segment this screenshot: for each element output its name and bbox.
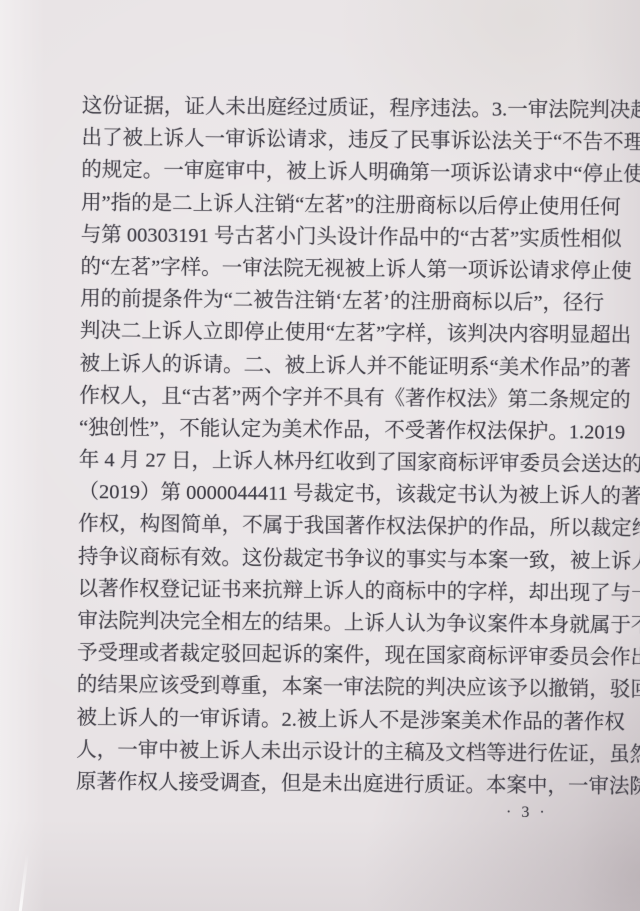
text-line: 予受理或者裁定驳回起诉的案件，现在国家商标评审委员会作出	[77, 637, 575, 674]
text-line: 原著作权人接受调查，但是未出庭进行质证。本案中，一审法院	[76, 766, 574, 803]
text-line: 的“左茗”字样。一审法院无视被上诉人第一项诉讼请求停止使	[80, 251, 578, 288]
text-line: 这份证据，证人未出庭经过质证，程序违法。3.一审法院判决超	[82, 90, 580, 127]
text-line: 的结果应该受到尊重，本案一审法院的判决应该予以撤销，驳回	[77, 669, 575, 706]
page-number: · 3 ·	[506, 804, 548, 822]
text-line: 年 4 月 27 日，上诉人林丹红收到了国家商标评审委员会送达的	[79, 444, 577, 481]
document-body: 这份证据，证人未出庭经过质证，程序违法。3.一审法院判决超出了被上诉人一审诉讼请…	[76, 90, 580, 802]
text-line: 用的前提条件为“二被告注销‘左茗’的注册商标以后”，径行	[80, 283, 578, 320]
text-line: 用”指的是二上诉人注销“左茗”的注册商标以后停止使用任何	[81, 187, 579, 224]
text-line: 持争议商标有效。这份裁定书争议的事实与本案一致，被上诉人	[78, 541, 576, 578]
document-page: 这份证据，证人未出庭经过质证，程序违法。3.一审法院判决超出了被上诉人一审诉讼请…	[0, 0, 640, 911]
text-line: 判决二上诉人立即停止使用“左茗”字样，该判决内容明显超出	[80, 315, 578, 352]
text-line: 审法院判决完全相左的结果。上诉人认为争议案件本身就属于不	[77, 605, 575, 642]
text-line: 被上诉人的一审诉请。2.被上诉人不是涉案美术作品的著作权	[76, 702, 574, 739]
text-line: （2019）第 0000044411 号裁定书，该裁定书认为被上诉人的著	[78, 476, 576, 513]
text-line: 的规定。一审庭审中，被上诉人明确第一项诉讼请求中“停止使	[81, 154, 579, 191]
paper-edge	[18, 853, 29, 911]
text-line: 作权人，且“古茗”两个字并不具有《著作权法》第二条规定的	[79, 380, 577, 417]
text-line: “独创性”，不能认定为美术作品，不受著作权法保护。1.2019	[79, 412, 577, 449]
text-line: 被上诉人的诉请。二、被上诉人并不能证明系“美术作品”的著	[79, 347, 577, 384]
text-line: 与第 00303191 号古茗小门头设计作品中的“古茗”实质性相似	[81, 219, 579, 256]
text-line: 作权，构图简单，不属于我国著作权法保护的作品，所以裁定维	[78, 508, 576, 545]
text-line: 以著作权登记证书来抗辩上诉人的商标中的字样，却出现了与一	[78, 573, 576, 610]
text-line: 人，一审中被上诉人未出示设计的主稿及文档等进行佐证，虽然	[76, 734, 574, 771]
text-line: 出了被上诉人一审诉讼请求，违反了民事诉讼法关于“不告不理”	[81, 122, 579, 159]
